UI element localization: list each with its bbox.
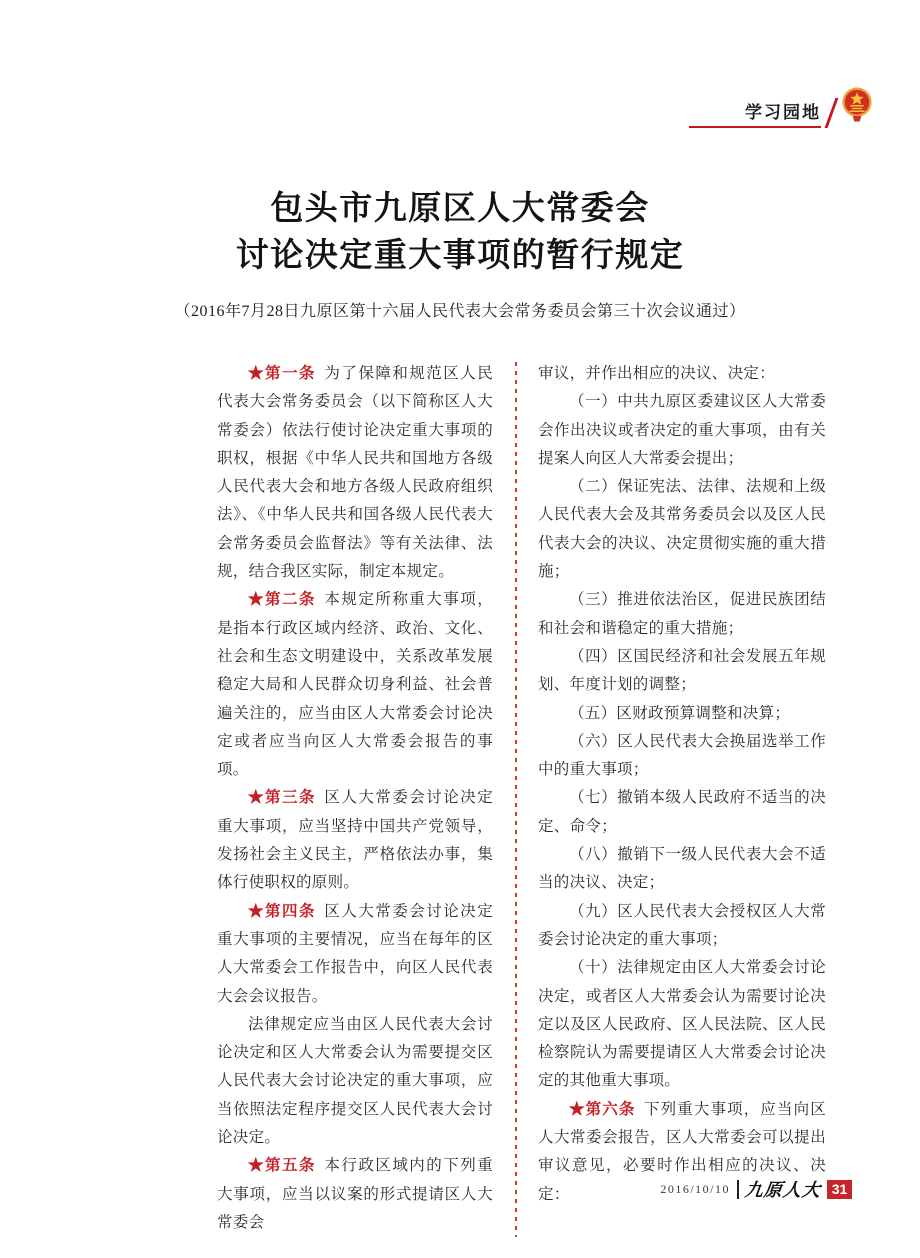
paragraph: （五）区财政预算调整和决算； xyxy=(538,700,826,728)
left-column: ★第一条为了保障和规范区人民代表大会常务委员会（以下简称区人大常委会）依法行使讨… xyxy=(217,360,493,1237)
paragraph: ★第一条为了保障和规范区人民代表大会常务委员会（以下简称区人大常委会）依法行使讨… xyxy=(217,360,493,586)
paragraph: （三）推进依法治区，促进民族团结和社会和谐稳定的重大措施； xyxy=(538,586,826,643)
paragraph: （二）保证宪法、法律、法规和上级人民代表大会及其常务委员会以及区人民代表大会的决… xyxy=(538,473,826,586)
page-footer: 2016/10/10 九原人大 31 xyxy=(660,1176,852,1202)
paragraph: 审议，并作出相应的决议、决定： xyxy=(538,360,826,388)
paragraph: （十）法律规定由区人大常委会讨论决定，或者区人大常委会认为需要讨论决定以及区人民… xyxy=(538,954,826,1095)
article-marker: ★第三条 xyxy=(248,789,316,806)
paragraph: ★第三条区人大常委会讨论决定重大事项，应当坚持中国共产党领导，发扬社会主义民主，… xyxy=(217,784,493,897)
page-number-badge: 31 xyxy=(827,1180,852,1199)
footer-separator xyxy=(737,1180,739,1199)
paragraph: （七）撤销本级人民政府不适当的决定、命令； xyxy=(538,784,826,841)
section-title: 学习园地 xyxy=(745,104,821,121)
issue-date: 2016/10/10 xyxy=(660,1182,730,1197)
paragraph: （八）撤销下一级人民代表大会不适当的决议、决定； xyxy=(538,841,826,898)
national-emblem-icon xyxy=(840,86,874,128)
document-title: 包头市九原区人大常委会 讨论决定重大事项的暂行规定 xyxy=(0,184,920,278)
article-marker: ★第二条 xyxy=(248,591,316,608)
paragraph: （九）区人民代表大会授权区人大常委会讨论决定的重大事项； xyxy=(538,898,826,955)
adoption-note: （2016年7月28日九原区第十六届人民代表大会常务委员会第三十次会议通过） xyxy=(0,298,920,321)
article-body: ★第一条为了保障和规范区人民代表大会常务委员会（以下简称区人大常委会）依法行使讨… xyxy=(217,360,826,1237)
article-marker: ★第四条 xyxy=(248,903,316,920)
header-underline: 学习园地 xyxy=(689,104,821,128)
paragraph: 法律规定应当由区人民代表大会讨论决定和区人大常委会认为需要提交区人民代表大会讨论… xyxy=(217,1011,493,1152)
article-marker: ★第一条 xyxy=(248,365,316,382)
paragraph: （四）区国民经济和社会发展五年规划、年度计划的调整； xyxy=(538,643,826,700)
article-marker: ★第六条 xyxy=(569,1101,635,1118)
title-line-1: 包头市九原区人大常委会 xyxy=(0,184,920,231)
right-column: 审议，并作出相应的决议、决定：（一）中共九原区委建议区人大常委会作出决议或者决定… xyxy=(538,360,826,1237)
publication-name: 九原人大 xyxy=(744,1176,823,1202)
slash-decoration-icon xyxy=(825,98,839,128)
paragraph: ★第二条本规定所称重大事项，是指本行政区域内经济、政治、文化、社会和生态文明建设… xyxy=(217,586,493,784)
section-header: 学习园地 xyxy=(689,86,874,128)
header-rule xyxy=(689,120,745,121)
title-line-2: 讨论决定重大事项的暂行规定 xyxy=(0,231,920,278)
paragraph: （一）中共九原区委建议区人大常委会作出决议或者决定的重大事项，由有关提案人向区人… xyxy=(538,388,826,473)
article-marker: ★第五条 xyxy=(248,1157,316,1174)
paragraph: （六）区人民代表大会换届选举工作中的重大事项； xyxy=(538,728,826,785)
magazine-page: 学习园地 包头市九原区人大常委会 讨论决定重大事项的暂行规定 （2016年7月2… xyxy=(0,0,920,1258)
column-divider xyxy=(515,362,517,1237)
paragraph: ★第五条本行政区域内的下列重大事项，应当以议案的形式提请区人大常委会 xyxy=(217,1152,493,1237)
paragraph: ★第四条区人大常委会讨论决定重大事项的主要情况，应当在每年的区人大常委会工作报告… xyxy=(217,898,493,1011)
